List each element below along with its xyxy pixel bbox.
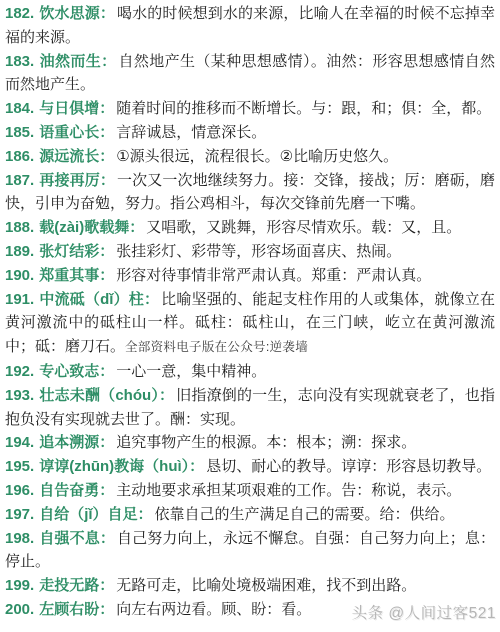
idiom-entry: 196.自告奋勇：主动地要求承担某项艰难的工作。告：称说，表示。 (5, 479, 495, 503)
idiom-entry: 189.张灯结彩：张挂彩灯、彩带等，形容场面喜庆、热闹。 (5, 240, 495, 264)
idiom-term: 自告奋勇： (39, 482, 114, 499)
idiom-term: 郑重其事： (39, 267, 114, 284)
idiom-term: 自强不息： (39, 530, 115, 547)
idiom-definition: 张挂彩灯、彩带等，形容场面喜庆、热闹。 (116, 243, 401, 260)
entry-number: 189. (5, 243, 34, 260)
idiom-term: 语重心长： (39, 124, 114, 141)
idiom-definition: 追究事物产生的根源。本：根本；溯：探求。 (116, 434, 416, 451)
entry-number: 183. (5, 53, 34, 70)
entry-number: 188. (5, 219, 34, 236)
idiom-entry: 198.自强不息：自己努力向上，永远不懈怠。自强：自己努力向上；息：停止。 (5, 527, 495, 575)
idiom-entry: 186.源远流长：①源头很远，流程很长。②比喻历史悠久。 (5, 145, 495, 169)
entry-number: 190. (5, 267, 34, 284)
entry-number: 185. (5, 124, 34, 141)
idiom-entry: 187.再接再厉：一次又一次地继续努力。接：交锋，接战；厉：磨砺，磨快，引申为奋… (5, 169, 495, 217)
idiom-definition: 依靠自己的生产满足自己的需要。给：供给。 (155, 506, 455, 523)
idiom-definition: 又唱歌，又跳舞，形容尽情欢乐。载：又，且。 (146, 219, 461, 236)
idiom-entry: 191.中流砥（dǐ）柱：比喻坚强的、能起支柱作用的人或集体，就像立在黄河激流中… (5, 288, 495, 360)
idiom-entry: 188.载(zài)歌载舞：又唱歌，又跳舞，形容尽情欢乐。载：又，且。 (5, 216, 495, 240)
idiom-definition: 向左右两边看。顾、盼：看。 (116, 601, 311, 618)
entry-number: 197. (5, 506, 34, 523)
idiom-term: 走投无路： (39, 577, 114, 594)
idiom-entry: 197.自给（jǐ）自足：依靠自己的生产满足自己的需要。给：供给。 (5, 503, 495, 527)
idiom-definition: 恳切、耐心的教导。谆谆：形容恳切教导。 (206, 458, 491, 475)
idiom-entry: 184.与日俱增：随着时间的推移而不断增长。与：跟，和；俱：全，都。 (5, 97, 495, 121)
idiom-definition: 随着时间的推移而不断增长。与：跟，和；俱：全，都。 (116, 100, 491, 117)
idiom-term: 油然而生： (39, 53, 116, 70)
idiom-term: 谆谆(zhūn)教诲（huì）： (39, 458, 204, 475)
idiom-entry: 195.谆谆(zhūn)教诲（huì）：恳切、耐心的教导。谆谆：形容恳切教导。 (5, 455, 495, 479)
idiom-definition: 形容对待事情非常严肃认真。郑重：严肃认真。 (116, 267, 431, 284)
idiom-term: 左顾右盼： (39, 601, 114, 618)
idiom-entry: 183.油然而生：自然地产生（某种思想感情）。油然：形容思想感情自然而然地产生。 (5, 50, 495, 98)
entry-number: 193. (5, 387, 34, 404)
idiom-definition: 主动地要求承担某项艰难的工作。告：称说，表示。 (116, 482, 461, 499)
idiom-term: 载(zài)歌载舞： (39, 219, 144, 236)
idiom-definition: 一心一意，集中精神。 (116, 363, 266, 380)
idiom-term: 张灯结彩： (39, 243, 114, 260)
toutiao-watermark: 头条 @人间过客521 (352, 602, 496, 626)
idiom-entry: 190.郑重其事：形容对待事情非常严肃认真。郑重：严肃认真。 (5, 264, 495, 288)
idiom-term: 专心致志： (39, 363, 114, 380)
entry-number: 186. (5, 148, 34, 165)
idiom-entry: 182.饮水思源：喝水的时候想到水的来源，比喻人在幸福的时候不忘掉幸福的来源。 (5, 2, 495, 50)
entry-number: 195. (5, 458, 34, 475)
entry-number: 196. (5, 482, 34, 499)
idiom-term: 追本溯源： (39, 434, 114, 451)
entry-number: 194. (5, 434, 34, 451)
entry-number: 200. (5, 601, 34, 618)
entry-number: 187. (5, 172, 34, 189)
idiom-list: 182.饮水思源：喝水的时候想到水的来源，比喻人在幸福的时候不忘掉幸福的来源。1… (5, 2, 495, 622)
idiom-term: 与日俱增： (39, 100, 114, 117)
entry-number: 199. (5, 577, 34, 594)
idiom-entry: 193.壮志未酬（chóu）：旧指潦倒的一生，志向没有实现就衰老了，也指抱负没有… (5, 384, 495, 432)
idiom-entry: 194.追本溯源：追究事物产生的根源。本：根本；溯：探求。 (5, 431, 495, 455)
idiom-term: 源远流长： (39, 148, 114, 165)
idiom-glossary-page: 182.饮水思源：喝水的时候想到水的来源，比喻人在幸福的时候不忘掉幸福的来源。1… (0, 0, 500, 632)
idiom-entry: 192.专心致志：一心一意，集中精神。 (5, 360, 495, 384)
idiom-definition: 言辞诚恳，情意深长。 (116, 124, 266, 141)
idiom-term: 中流砥（dǐ）柱： (39, 291, 159, 308)
entry-number: 198. (5, 530, 34, 547)
entry-number: 191. (5, 291, 34, 308)
idiom-definition: 无路可走，比喻处境极端困难，找不到出路。 (116, 577, 416, 594)
entry-number: 192. (5, 363, 34, 380)
entry-number: 184. (5, 100, 34, 117)
idiom-term: 再接再厉： (39, 172, 115, 189)
inline-watermark-note: 全部资料电子版在公众号:逆袭墙 (125, 340, 308, 354)
idiom-term: 壮志未酬（chóu）： (39, 387, 174, 404)
idiom-entry: 185.语重心长：言辞诚恳，情意深长。 (5, 121, 495, 145)
entry-number: 182. (5, 5, 34, 22)
idiom-entry: 199.走投无路：无路可走，比喻处境极端困难，找不到出路。 (5, 574, 495, 598)
idiom-definition: ①源头很远，流程很长。②比喻历史悠久。 (116, 148, 398, 165)
idiom-term: 饮水思源： (39, 5, 115, 22)
idiom-term: 自给（jǐ）自足： (39, 506, 152, 523)
